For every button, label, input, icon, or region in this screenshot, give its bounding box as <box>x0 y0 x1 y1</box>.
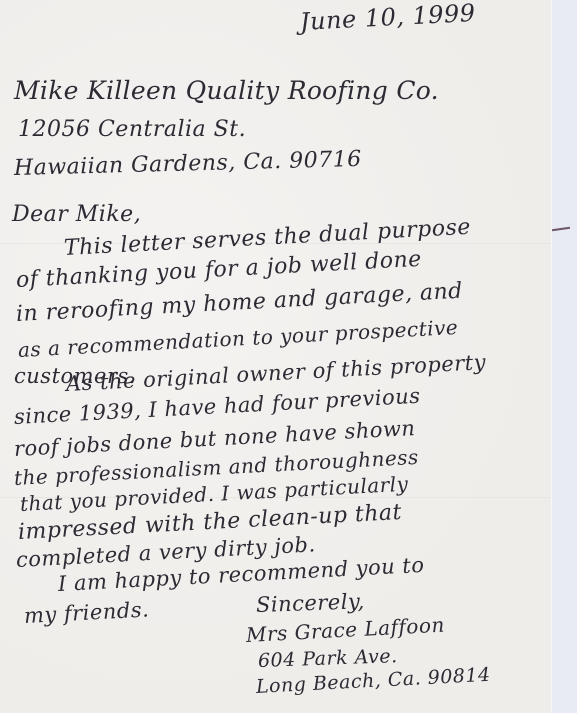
recipient-name: Mike Killeen Quality Roofing Co. <box>14 76 439 105</box>
sender-name: Mrs Grace Laffoon <box>245 613 445 647</box>
body-line: my friends. <box>23 597 149 628</box>
sender-street: 604 Park Ave. <box>258 645 398 672</box>
scanner-background-strip <box>551 0 577 713</box>
salutation: Dear Mike, <box>12 202 141 227</box>
letter-date: June 10, 1999 <box>299 0 476 36</box>
letter-paper: June 10, 1999 Mike Killeen Quality Roofi… <box>0 0 551 713</box>
recipient-street: 12056 Centralia St. <box>18 117 246 142</box>
body-line: As the original owner of this property <box>65 350 486 396</box>
closing: Sincerely, <box>256 589 366 617</box>
recipient-city: Hawaiian Gardens, Ca. 90716 <box>14 147 362 181</box>
